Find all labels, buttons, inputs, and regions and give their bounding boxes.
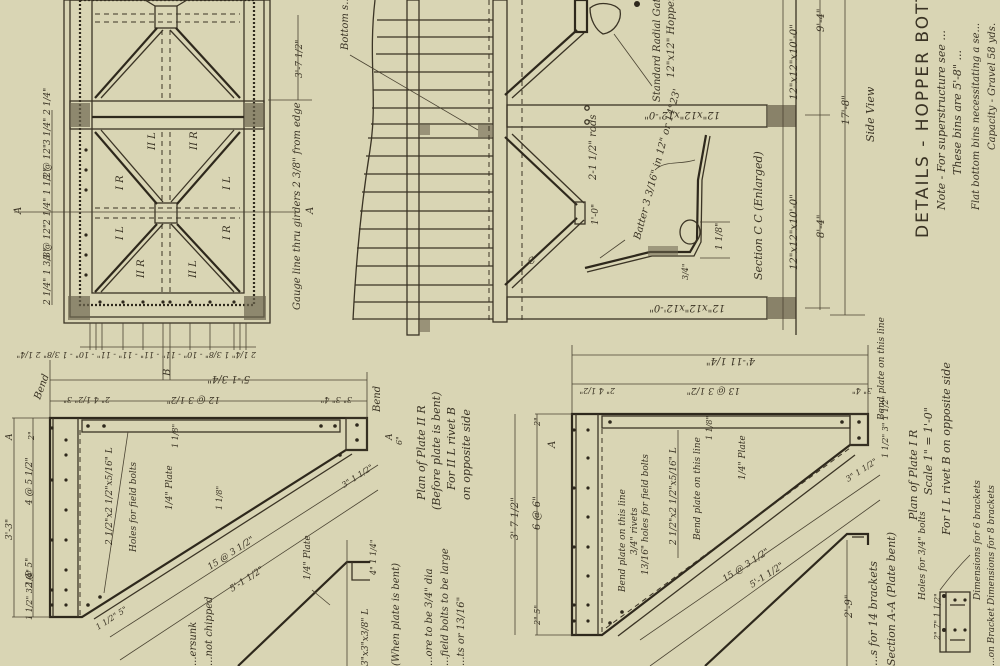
dim-label: 15 @ 3 1/2" — [206, 535, 256, 572]
caption-line: (Before plate is bent) — [430, 392, 443, 510]
dims-8-label: Dimensions for 8 brackets — [987, 485, 997, 606]
section-cc: 1 1/8" 3/4" Batter 3 3/16" in 12" or 14°… — [585, 88, 765, 280]
caption-line: on opposite side — [460, 409, 473, 500]
dim-label: 8'-4" — [816, 215, 827, 238]
drawing-sheet: A A II L II R I R I L I L I R II R II L … — [0, 0, 1000, 666]
plate-IR-caption: Plan of Plate I R — [907, 430, 920, 521]
dim-label: 13 @ 3 1/2" — [687, 385, 740, 395]
plate-label: I L — [115, 226, 126, 241]
dim-label: 4" 1 1/4" — [369, 540, 378, 577]
note-line: These bins are 5'-8" ... — [951, 50, 964, 175]
dim-label: 12 @ 3 1/2" — [167, 394, 220, 404]
timber-label: 12"x12"x10'-0" — [789, 194, 800, 270]
dim-label: 3 @ 12" — [43, 224, 53, 260]
timber-label: 12"x12"x12'-0" — [644, 109, 720, 120]
holes-label: Holes for field bolts — [129, 462, 139, 553]
note-label: ...ersunk — [188, 622, 199, 666]
caption-line: For II L rivet B — [445, 407, 458, 491]
plate-label: 1/4" Plate — [303, 535, 313, 580]
scale-label: Scale 1" = 1'-0" — [922, 407, 935, 495]
plate-label: II R — [189, 131, 200, 151]
bracket-label: ...on Bracket — [987, 607, 997, 666]
bottom-label: Bottom s... — [340, 0, 351, 51]
note-label: (When plate is bent) — [391, 563, 402, 666]
rivets-label: 3/4" rivets — [630, 507, 640, 555]
dim-label: 5'-1 1/2" — [228, 565, 266, 594]
dim-label: 2" — [27, 431, 36, 441]
dim-label: 4'-11 1/4" — [706, 355, 756, 366]
side-view-caption: Side View — [864, 86, 877, 142]
plate-label: II L — [188, 260, 199, 279]
engineering-drawing: A A II L II R I R I L I L I R II R II L … — [0, 0, 1000, 666]
timber-label: 12"x12"x10'-0" — [789, 24, 800, 100]
dim-label: 3" 1 1/2" — [340, 463, 375, 490]
dim-label: 3" 3" 4" — [321, 395, 352, 404]
note-label: ...s for 14 brackets — [867, 561, 880, 666]
rods-label: 2-1 1/2" rods — [588, 115, 599, 182]
angle-label: 3"x3"x3/8" L — [361, 609, 371, 666]
bend-note: Bend plate on this line — [618, 489, 628, 593]
section-aa-right: 2'-9" ...s for 14 brackets Section A-A (… — [705, 480, 997, 666]
plate-label: I R — [115, 175, 126, 191]
angle-label: 2 1/2"x2 1/2"x5/16" L — [669, 447, 679, 546]
note-line: Capacity - Gravel 58 yds. — [987, 23, 998, 150]
plate-IIR-caption: Plan of Plate II R — [415, 405, 428, 501]
section-mark-a: A — [547, 441, 558, 449]
note-label: ...not chipped — [204, 596, 215, 666]
bottom-dims: 2 1/4" 1 3/8" - 10" - 11" - 11" - 11" - … — [16, 350, 257, 359]
section-cc-caption: Section C C (Enlarged) — [752, 151, 765, 280]
dim-label: 1 1/2" 3" 1 1/2" — [881, 396, 890, 458]
dim-label: 1 1/8" — [705, 416, 714, 440]
bend-label: Bend — [372, 386, 383, 413]
mark-b: B — [162, 369, 173, 377]
note-line: Flat bottom bins necessitating a se... — [971, 23, 982, 211]
dims-6-label: Dimensions for 6 brackets — [973, 480, 983, 601]
dim-label: 3" 4" — [852, 386, 872, 395]
bend-note: Bend plate on this line — [693, 437, 703, 541]
dim-label: 3/4" — [681, 263, 690, 280]
section-mark-a-right: A — [305, 207, 316, 215]
dim-label: 2" 7" 1 1/2" — [933, 593, 942, 641]
dim-label: 5'-1 3/4" — [207, 373, 250, 384]
dim-label: 2" 4 1/2" 3" — [63, 395, 111, 404]
dim-label: 1 1/8" — [715, 223, 725, 250]
note-label: ...ore to be 3/4" dia — [424, 568, 435, 666]
dim-label: 17'-8" — [841, 95, 852, 125]
dim-label: 2'-9" — [844, 595, 855, 619]
holes-label: Holes for 3/4" bolts — [918, 511, 928, 601]
section-mark-a: A — [5, 433, 15, 441]
dim-label: 3'-3" — [5, 519, 15, 540]
section-mark-a: A — [385, 433, 395, 441]
note-line: Note - For superstructure see ... — [935, 30, 948, 211]
title-block: DETAILS - HOPPER BOTTOM Note - For super… — [913, 0, 998, 238]
dim-label: 1 1/2" 3 1/4" — [25, 569, 34, 620]
dim-label: 3'-7 1/2" — [510, 497, 521, 540]
plate-label: II R — [136, 259, 147, 279]
bend-label: Bend — [32, 373, 52, 402]
dim-label: 2" — [533, 417, 542, 427]
plate-IIR-plan: 5'-1 3/4" 12 @ 3 1/2" 2" 4 1/2" 3" 3" 3"… — [5, 360, 473, 660]
dim-label: 1'-0" — [591, 204, 601, 225]
radial-gate-label: Standard Radial Gate — [652, 0, 663, 102]
note-label: ...ts or 13/16" — [456, 597, 467, 666]
section-mark-a-left: A — [13, 207, 24, 215]
dim-label: 1 1/8" — [215, 486, 224, 510]
plate-label: I R — [222, 225, 233, 241]
section-aa-caption: Section A-A (Plate bent) — [885, 532, 898, 666]
caption-line: For I L rivet B on opposite side — [940, 362, 953, 536]
plate-label: 1/4" Plate — [165, 465, 175, 510]
plate-label: I L — [222, 176, 233, 191]
note-label: ...field bolts to be large — [440, 548, 451, 666]
dim-label: 3 @ 12" — [43, 144, 53, 180]
dim-label: 9'-4" — [816, 9, 827, 32]
gauge-note: Gauge line thru girders 2 3/8" from edge — [292, 102, 303, 310]
drawing-title: DETAILS - HOPPER BOTTOM — [913, 0, 933, 238]
dim-label: 3'-7 1/2" — [295, 40, 305, 78]
dim-label: 1 1/2" 5" — [94, 605, 129, 632]
hopper-size-label: 12"x12" Hopper — [666, 0, 677, 78]
holes-label: 13/16" holes for field bolts — [641, 454, 651, 575]
dim-label: 6 @ 6" — [532, 496, 543, 530]
dim-label: 4 @ 5 1/2" — [25, 457, 35, 506]
plate-label: II L — [147, 132, 158, 151]
angle-label: 2 1/2"x2 1/2"x5/16" L — [105, 447, 115, 546]
dim-label: 6" — [395, 436, 404, 445]
plate-label: 1/4" Plate — [738, 435, 748, 480]
timber-label: 12"x12"x12'-0" — [649, 302, 725, 313]
dim-label: 3 1/4" 2 1/4" — [43, 88, 53, 145]
dim-label: 2" 5" — [533, 605, 542, 626]
dim-label: 2" 4 1/2" — [580, 386, 617, 395]
dim-label: 1 1/8" — [171, 424, 180, 448]
side-view: Bottom s... 12"x12"x12'-0" 12"x12"x12'-0… — [340, 0, 877, 335]
plan-view: A A II L II R I R I L I L I R II R II L … — [13, 0, 316, 380]
